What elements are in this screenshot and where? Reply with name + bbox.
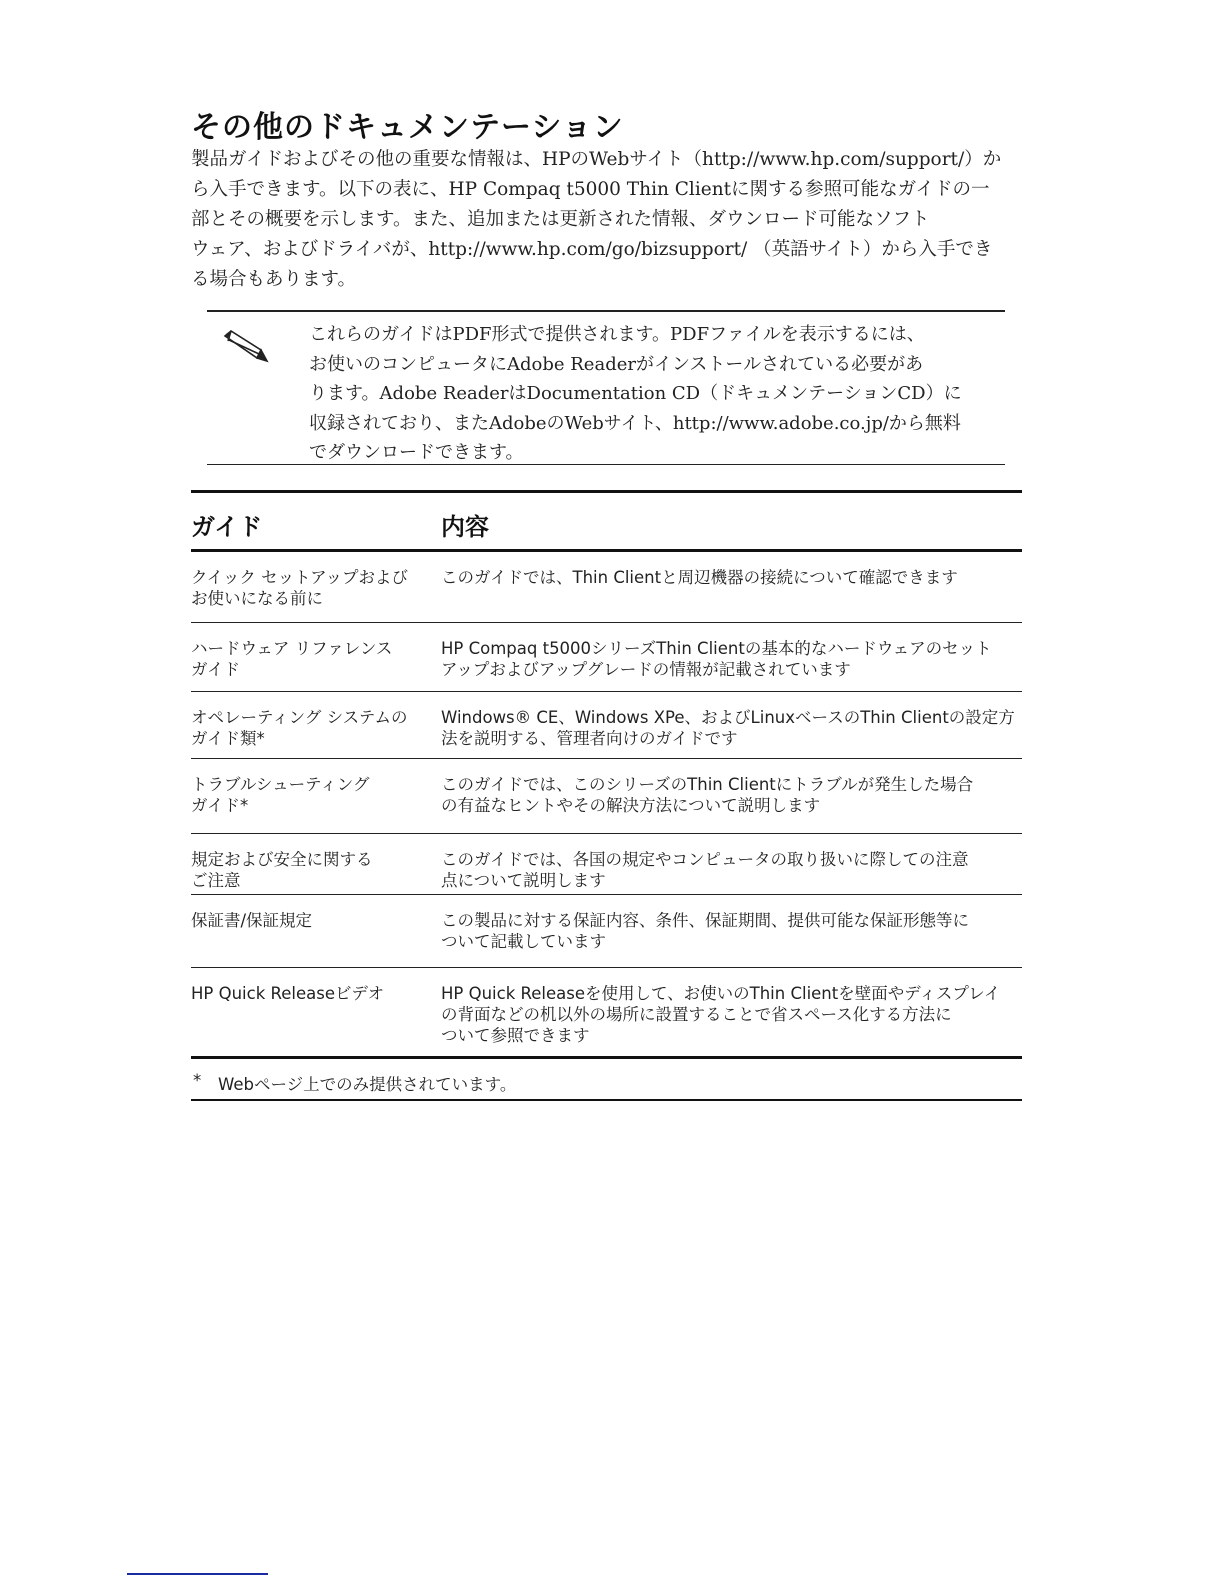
guide-cell: トラブルシューティング ガイド* bbox=[191, 774, 436, 816]
table-footnote: * Webページ上でのみ提供されています。 bbox=[191, 1059, 1022, 1101]
cell-line: の背面などの机以外の場所に設置することで省スペース化する方法に bbox=[441, 1004, 1021, 1025]
cell-line: このガイドでは、このシリーズのThin Clientにトラブルが発生した場合 bbox=[441, 774, 1021, 795]
content-cell: HP Quick Releaseを使用して、お使いのThin Clientを壁面… bbox=[441, 983, 1021, 1046]
cell-line: Windows® CE、Windows XPe、およびLinuxベースのThin… bbox=[441, 707, 1021, 728]
intro-line: る場合もあります。 bbox=[191, 265, 1027, 295]
note-line: でダウンロードできます。 bbox=[309, 438, 999, 468]
guides-table: ガイド 内容 クイック セットアップおよび お使いになる前に このガイドでは、T… bbox=[191, 490, 1022, 1101]
header-guide: ガイド bbox=[191, 507, 262, 542]
note-box: これらのガイドはPDF形式で提供されます。PDFファイルを表示するには、 お使い… bbox=[207, 310, 1005, 465]
intro-line: 部とその概要を示します。また、追加または更新された情報、ダウンロード可能なソフト bbox=[191, 205, 1027, 235]
table-row: トラブルシューティング ガイド* このガイドでは、このシリーズのThin Cli… bbox=[191, 759, 1022, 834]
cell-line: クイック セットアップおよび bbox=[191, 567, 436, 588]
guide-cell: クイック セットアップおよび お使いになる前に bbox=[191, 567, 436, 609]
cell-line: ガイド* bbox=[191, 795, 436, 816]
table-row: オペレーティング システムの ガイド類* Windows® CE、Windows… bbox=[191, 692, 1022, 759]
cell-line: このガイドでは、各国の規定やコンピュータの取り扱いに際しての注意 bbox=[441, 849, 1021, 870]
intro-line: 製品ガイドおよびその他の重要な情報は、HPのWebサイト（http://www.… bbox=[191, 145, 1027, 175]
cell-line: ついて記載しています bbox=[441, 931, 1021, 952]
table-header: ガイド 内容 bbox=[191, 493, 1022, 552]
intro-paragraph: 製品ガイドおよびその他の重要な情報は、HPのWebサイト（http://www.… bbox=[191, 145, 1027, 295]
cell-line: ついて参照できます bbox=[441, 1025, 1021, 1046]
cell-line: HP Compaq t5000シリーズThin Clientの基本的なハードウェ… bbox=[441, 638, 1021, 659]
note-line: ります。Adobe ReaderはDocumentation CD（ドキュメンテ… bbox=[309, 379, 999, 409]
content-cell: このガイドでは、このシリーズのThin Clientにトラブルが発生した場合 の… bbox=[441, 774, 1021, 816]
intro-line: ら入手できます。以下の表に、HP Compaq t5000 Thin Clien… bbox=[191, 175, 1027, 205]
note-line: お使いのコンピュータにAdobe Readerがインストールされている必要があ bbox=[309, 350, 999, 380]
note-line: 収録されており、またAdobeのWebサイト、http://www.adobe.… bbox=[309, 409, 999, 439]
table-row: クイック セットアップおよび お使いになる前に このガイドでは、Thin Cli… bbox=[191, 552, 1022, 623]
table-row: 規定および安全に関する ご注意 このガイドでは、各国の規定やコンピュータの取り扱… bbox=[191, 834, 1022, 895]
cell-line: トラブルシューティング bbox=[191, 774, 436, 795]
guide-cell: HP Quick Releaseビデオ bbox=[191, 983, 436, 1004]
guide-cell: 規定および安全に関する ご注意 bbox=[191, 849, 436, 891]
cell-line: 保証書/保証規定 bbox=[191, 910, 436, 931]
content-cell: このガイドでは、各国の規定やコンピュータの取り扱いに際しての注意 点について説明… bbox=[441, 849, 1021, 891]
page-footer-rule bbox=[127, 1573, 268, 1575]
note-line: これらのガイドはPDF形式で提供されます。PDFファイルを表示するには、 bbox=[309, 320, 999, 350]
cell-line: ガイド類* bbox=[191, 728, 436, 749]
cell-line: アップおよびアップグレードの情報が記載されています bbox=[441, 659, 1021, 680]
cell-line: ご注意 bbox=[191, 870, 436, 891]
cell-line: HP Quick Releaseを使用して、お使いのThin Clientを壁面… bbox=[441, 983, 1021, 1004]
guide-cell: オペレーティング システムの ガイド類* bbox=[191, 707, 436, 749]
page-title: その他のドキュメンテーション bbox=[191, 102, 624, 146]
pencil-note-icon bbox=[221, 328, 269, 364]
cell-line: 規定および安全に関する bbox=[191, 849, 436, 870]
cell-line: お使いになる前に bbox=[191, 588, 436, 609]
table-row: ハードウェア リファレンス ガイド HP Compaq t5000シリーズThi… bbox=[191, 623, 1022, 692]
note-text: これらのガイドはPDF形式で提供されます。PDFファイルを表示するには、 お使い… bbox=[309, 320, 999, 468]
guide-cell: ハードウェア リファレンス ガイド bbox=[191, 638, 436, 680]
content-cell: HP Compaq t5000シリーズThin Clientの基本的なハードウェ… bbox=[441, 638, 1021, 680]
cell-line: この製品に対する保証内容、条件、保証期間、提供可能な保証形態等に bbox=[441, 910, 1021, 931]
cell-line: HP Quick Releaseビデオ bbox=[191, 983, 436, 1004]
cell-line: ハードウェア リファレンス bbox=[191, 638, 436, 659]
cell-line: オペレーティング システムの bbox=[191, 707, 436, 728]
content-cell: この製品に対する保証内容、条件、保証期間、提供可能な保証形態等に ついて記載して… bbox=[441, 910, 1021, 952]
intro-line: ウェア、およびドライバが、http://www.hp.com/go/bizsup… bbox=[191, 235, 1027, 265]
cell-line: ガイド bbox=[191, 659, 436, 680]
content-cell: Windows® CE、Windows XPe、およびLinuxベースのThin… bbox=[441, 707, 1021, 749]
table-row: 保証書/保証規定 この製品に対する保証内容、条件、保証期間、提供可能な保証形態等… bbox=[191, 895, 1022, 968]
cell-line: 法を説明する、管理者向けのガイドです bbox=[441, 728, 1021, 749]
footnote-text: Webページ上でのみ提供されています。 bbox=[218, 1071, 516, 1095]
cell-line: このガイドでは、Thin Clientと周辺機器の接続について確認できます bbox=[441, 567, 1021, 588]
content-cell: このガイドでは、Thin Clientと周辺機器の接続について確認できます bbox=[441, 567, 1021, 588]
cell-line: 点について説明します bbox=[441, 870, 1021, 891]
footnote-mark: * bbox=[193, 1071, 201, 1090]
table-row: HP Quick Releaseビデオ HP Quick Releaseを使用し… bbox=[191, 968, 1022, 1059]
header-content: 内容 bbox=[441, 507, 489, 542]
guide-cell: 保証書/保証規定 bbox=[191, 910, 436, 931]
cell-line: の有益なヒントやその解決方法について説明します bbox=[441, 795, 1021, 816]
